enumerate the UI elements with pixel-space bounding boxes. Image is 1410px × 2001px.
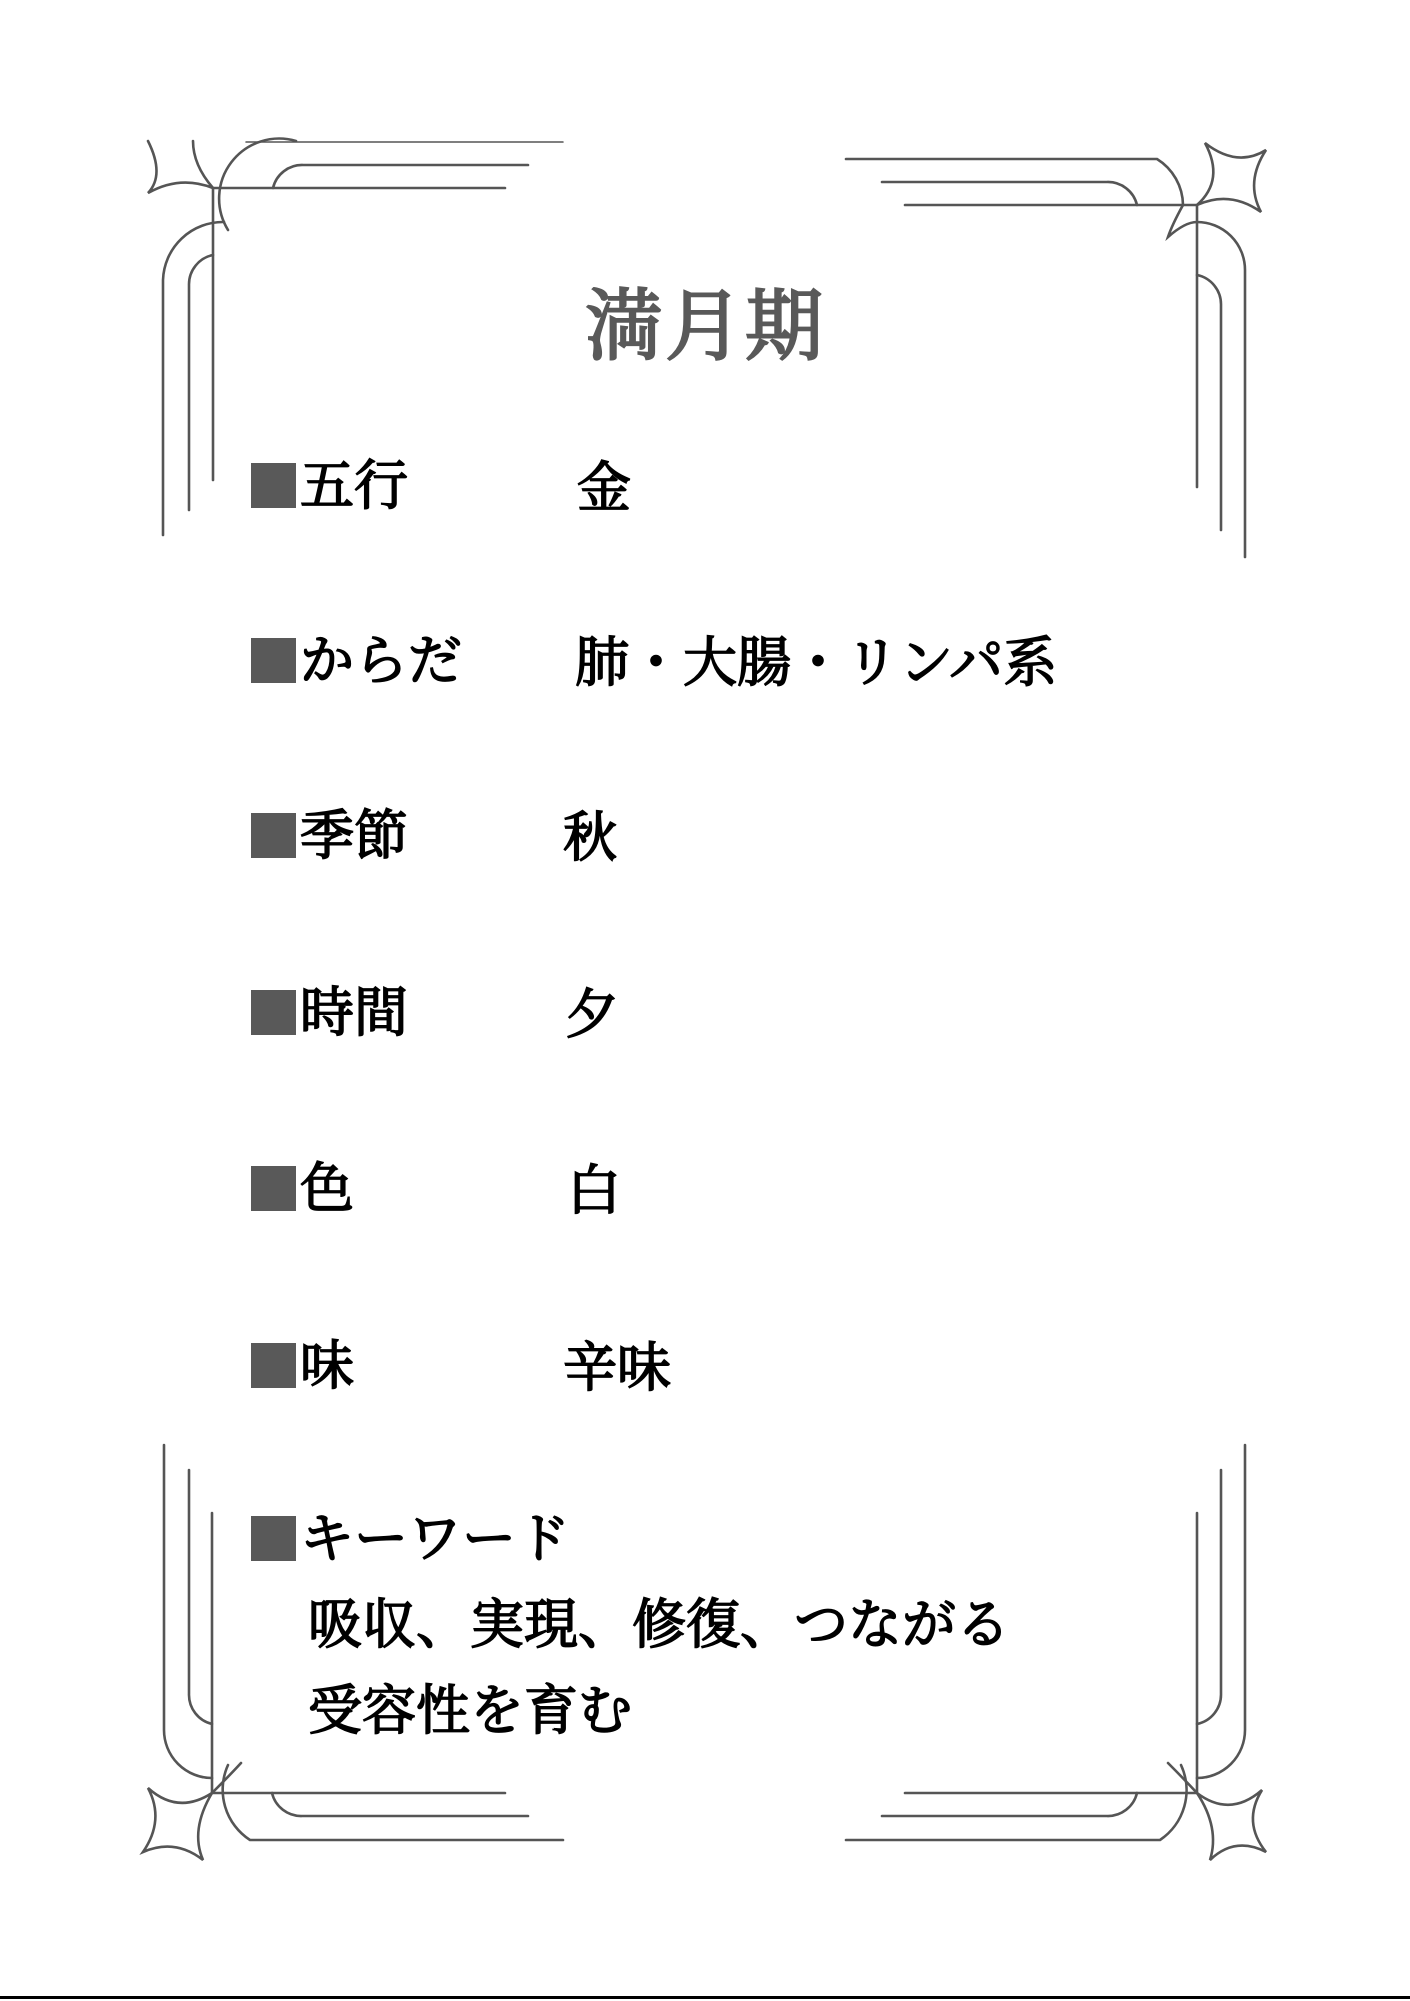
square-bullet-icon [251, 638, 296, 683]
row-label: 時間 [300, 985, 408, 1039]
row-value: 秋 [563, 810, 617, 864]
keywords-line: 吸収、実現、修復、つながる [308, 1597, 1010, 1651]
row-gogyo: 五行 [251, 455, 408, 515]
row-color: 色 [251, 1158, 354, 1218]
row-time: 時間 [251, 982, 408, 1042]
row-label: からだ [300, 633, 462, 687]
square-bullet-icon [251, 1343, 296, 1388]
row-label: 季節 [300, 808, 408, 862]
row-value: 金 [577, 460, 631, 514]
row-value: 辛味 [563, 1340, 671, 1394]
row-value: 白 [567, 1163, 621, 1217]
square-bullet-icon [251, 1516, 296, 1561]
bottom-rule [0, 1996, 1410, 1999]
row-value: 肺・大腸・リンパ系 [575, 635, 1057, 689]
row-label: 色 [300, 1161, 354, 1215]
row-karada: からだ [251, 630, 462, 690]
row-label: キーワード [300, 1511, 570, 1565]
keywords-line: 受容性を育む [308, 1683, 632, 1737]
square-bullet-icon [251, 1166, 296, 1211]
row-value: 夕 [565, 987, 619, 1041]
page-title: 満月期 [0, 288, 1410, 366]
row-season: 季節 [251, 805, 408, 865]
row-label: 味 [300, 1338, 354, 1392]
row-taste: 味 [251, 1335, 354, 1395]
square-bullet-icon [251, 813, 296, 858]
square-bullet-icon [251, 990, 296, 1035]
row-keywords: キーワード [251, 1508, 570, 1568]
row-label: 五行 [300, 458, 408, 512]
square-bullet-icon [251, 463, 296, 508]
